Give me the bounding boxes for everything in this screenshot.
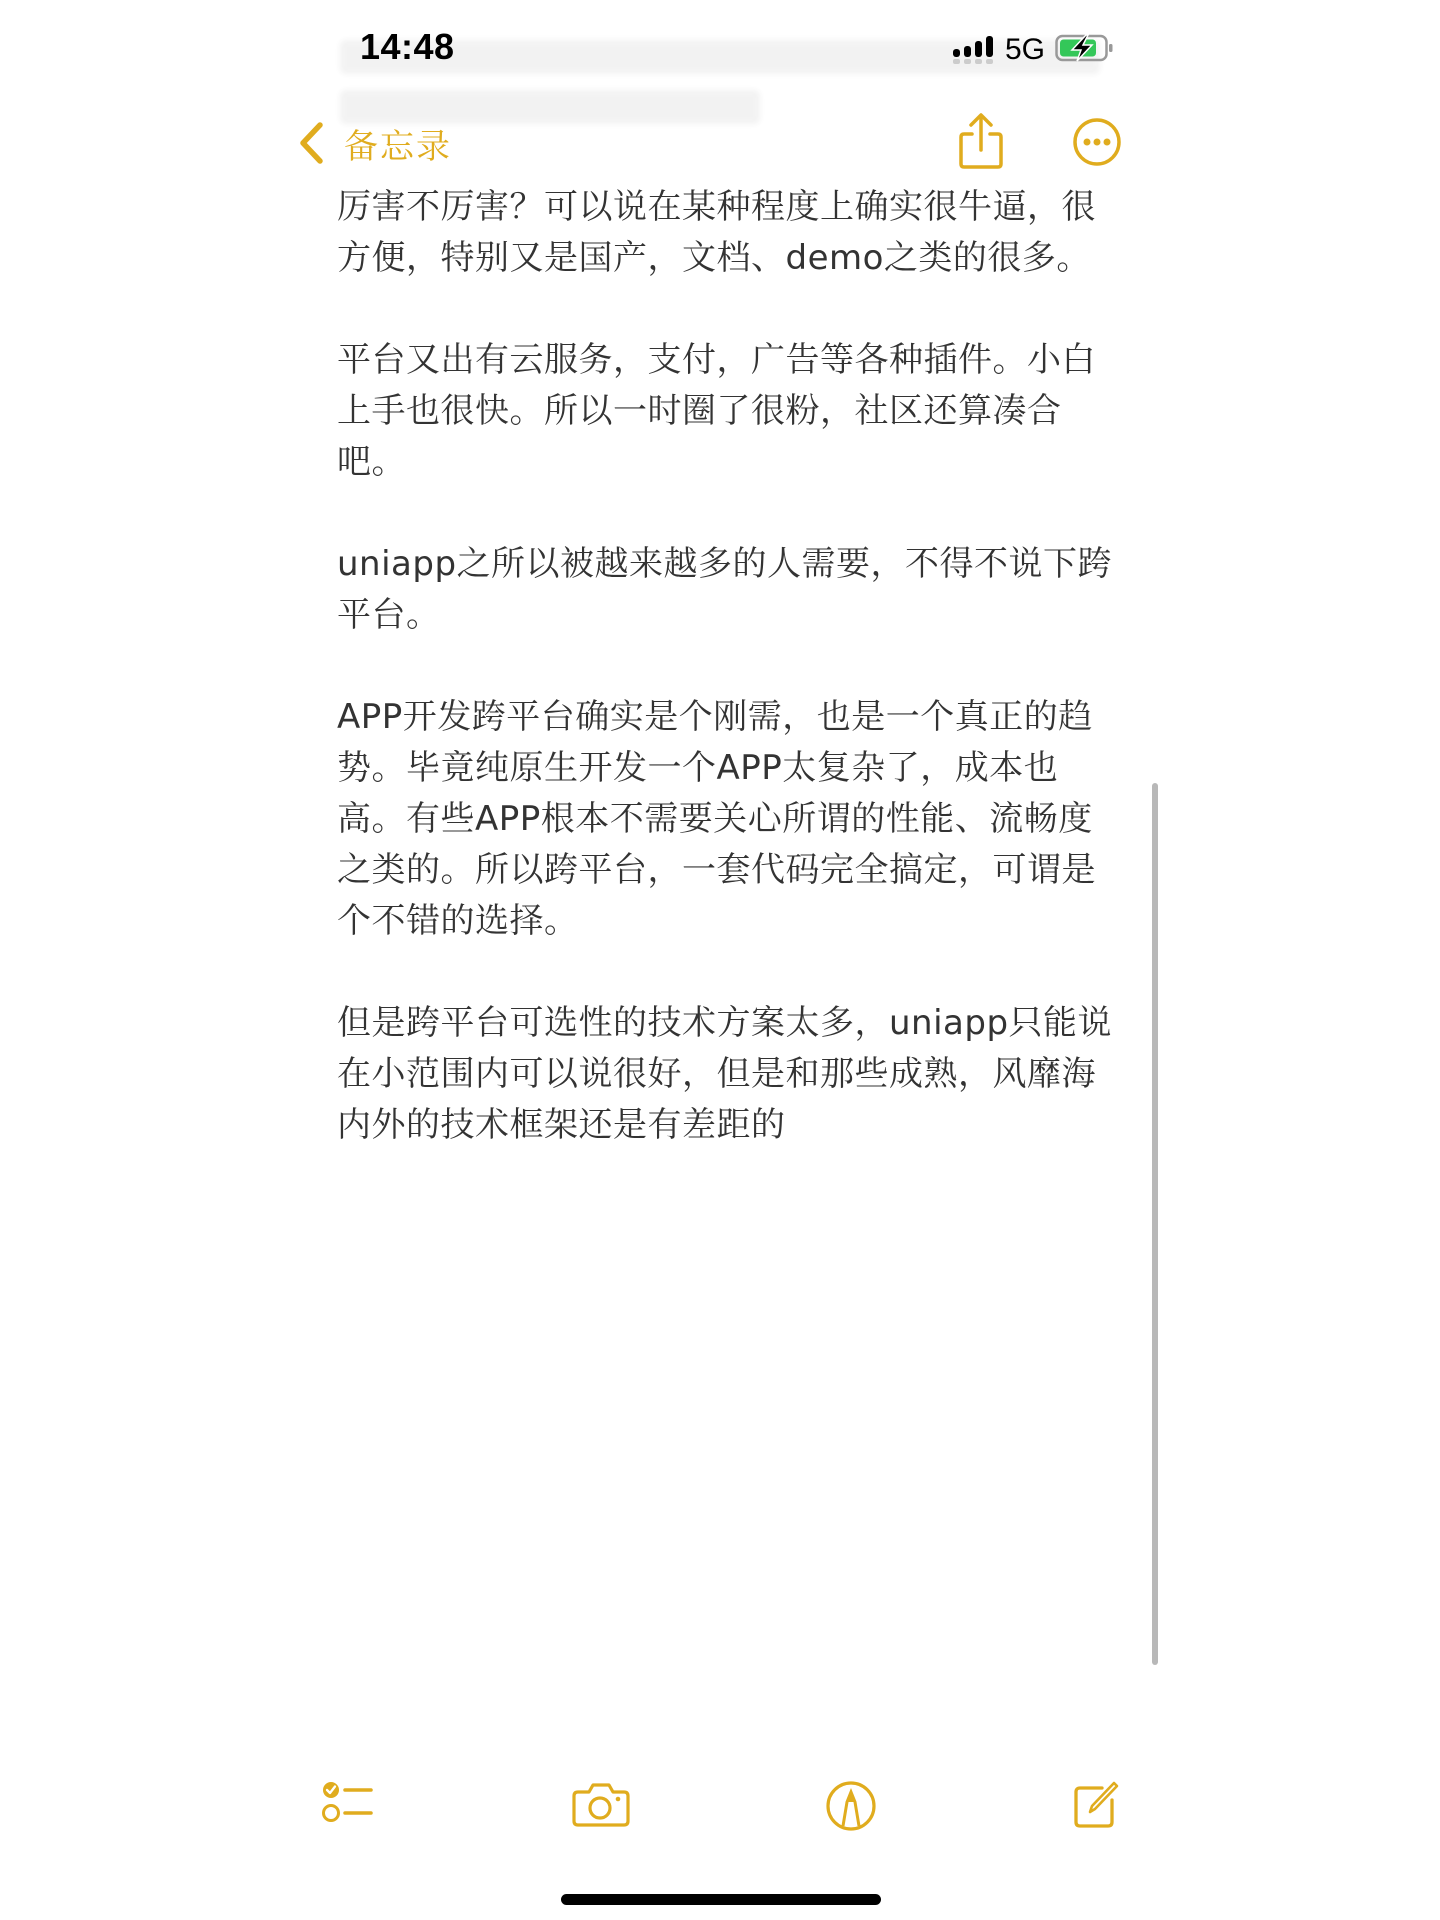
home-indicator[interactable] xyxy=(561,1894,881,1905)
note-paragraph: 但是跨平台可选性的技术方案太多，uniapp只能说在小范围内可以说很好，但是和那… xyxy=(337,998,1127,1151)
camera-button[interactable] xyxy=(571,1782,631,1832)
note-paragraph: 厉害不厉害？可以说在某种程度上确实很牛逼，很方便，特别又是国产，文档、demo之… xyxy=(337,182,1127,284)
compose-button[interactable] xyxy=(1072,1778,1122,1834)
status-time: 14:48 xyxy=(360,26,455,68)
battery-charging-icon xyxy=(1055,34,1115,62)
bottom-toolbar xyxy=(0,1770,1440,1840)
share-icon xyxy=(956,157,1006,176)
note-paragraph: 平台又出有云服务，支付，广告等各种插件。小白上手也很快。所以一时圈了很粉，社区还… xyxy=(337,335,1127,488)
vertical-scrollbar[interactable] xyxy=(1152,783,1158,1665)
checklist-button[interactable] xyxy=(321,1780,375,1828)
navigation-bar: 备忘录 xyxy=(0,100,1440,180)
cellular-signal-icon xyxy=(952,35,996,65)
markup-pen-icon xyxy=(825,1817,877,1836)
more-ellipsis-icon xyxy=(1071,153,1123,172)
note-text-editor[interactable]: 厉害不厉害？可以说在某种程度上确实很牛逼，很方便，特别又是国产，文档、demo之… xyxy=(337,182,1127,1202)
compose-icon xyxy=(1072,1815,1122,1834)
back-button[interactable]: 备忘录 xyxy=(298,118,452,168)
markup-button[interactable] xyxy=(825,1780,877,1836)
network-type: 5G xyxy=(1005,33,1045,67)
chevron-left-icon xyxy=(298,122,324,164)
status-bar: 14:48 5G xyxy=(0,0,1440,100)
note-paragraph: uniapp之所以被越来越多的人需要，不得不说下跨平台。 xyxy=(337,539,1127,641)
share-button[interactable] xyxy=(956,112,1006,172)
checklist-icon xyxy=(321,1809,375,1828)
back-label: 备忘录 xyxy=(344,119,452,168)
camera-icon xyxy=(571,1813,631,1832)
note-paragraph: APP开发跨平台确实是个刚需，也是一个真正的趋势。毕竟纯原生开发一个APP太复杂… xyxy=(337,692,1127,947)
more-button[interactable] xyxy=(1071,116,1123,168)
